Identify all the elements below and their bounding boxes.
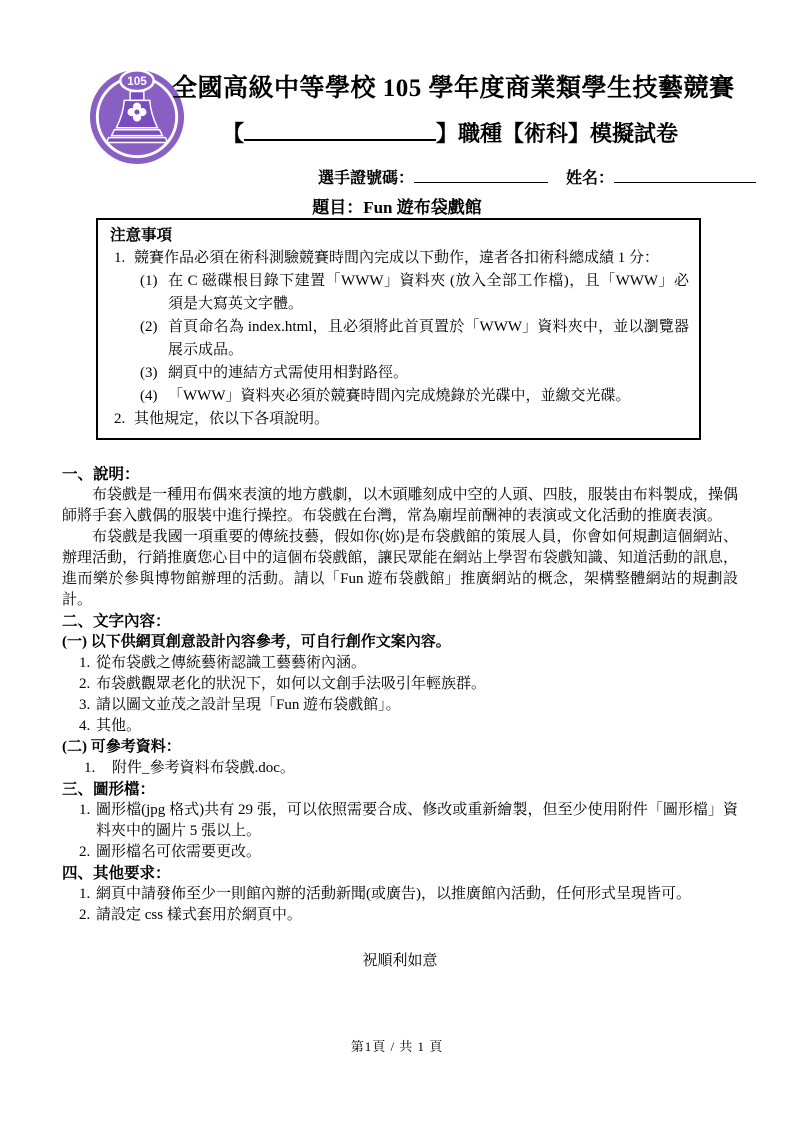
list-item-number: 2.: [79, 674, 90, 695]
section-3-heading: 三、圖形檔：: [62, 779, 738, 800]
notice-sub-item: (2) 首頁命名為 index.html，且必須將此首頁置於「WWW」資料夾中，…: [110, 316, 689, 362]
notice-sub-item: (4) 「WWW」資料夾必須於競賽時間內完成燒錄於光碟中，並繳交光碟。: [110, 385, 689, 408]
list-item: 1. 網頁中請發佈至少一則館內辦的活動新聞(或廣告)，以推廣館內活動，任何形式呈…: [62, 884, 738, 905]
name-label: 姓名：: [566, 170, 614, 187]
list-item: 4. 其他。: [62, 716, 738, 737]
section-4-heading: 四、其他要求：: [62, 863, 738, 884]
notice-item-text: 競賽作品必須在術科測驗競賽時間內完成以下動作，違者各扣術科總成績 1 分：: [134, 250, 659, 266]
notice-sub-item: (3) 網頁中的連結方式需使用相對路徑。: [110, 362, 689, 385]
contestant-info-row: 選手證號碼： 姓名：: [318, 165, 756, 188]
section-1-paragraph: 布袋戲是一種用布偶來表演的地方戲劇，以木頭雕刻成中空的人頭、四肢，服裝由布料製成…: [62, 485, 738, 527]
subtitle-open-bracket: 【: [222, 121, 244, 146]
list-item-text: 其他。: [96, 718, 141, 734]
notice-box: 注意事項 1. 競賽作品必須在術科測驗競賽時間內完成以下動作，違者各扣術科總成績…: [96, 218, 701, 440]
notice-item-number: 2.: [114, 408, 125, 431]
document-page: 105 全國高級中等學校 105 學年度商業類學生技藝競賽 【】職種【術科】模擬…: [0, 0, 794, 1123]
list-item-text: 網頁中請發佈至少一則館內辦的活動新聞(或廣告)，以推廣館內活動，任何形式呈現皆可…: [96, 886, 691, 902]
list-item: 3. 請以圖文並茂之設計呈現「Fun 遊布袋戲館」。: [62, 695, 738, 716]
list-item-number: 1.: [79, 800, 90, 821]
list-item: 1. 附件_參考資料布袋戲.doc。: [62, 758, 738, 779]
section-2-sub2-heading: (二) 可參考資料：: [62, 737, 738, 758]
notice-sub-text: 網頁中的連結方式需使用相對路徑。: [168, 365, 408, 381]
notice-sub-number: (4): [140, 385, 158, 408]
contestant-id-label: 選手證號碼：: [318, 170, 414, 187]
list-item: 2. 請設定 css 樣式套用於網頁中。: [62, 905, 738, 926]
list-item-number: 1.: [79, 884, 90, 905]
notice-sub-text: 在 C 磁碟根目錄下建置「WWW」資料夾 (放入全部工作檔)，且「WWW」必須是…: [168, 273, 689, 312]
list-item-text: 請以圖文並茂之設計呈現「Fun 遊布袋戲館」。: [96, 697, 401, 713]
page-title: 全國高級中等學校 105 學年度商業類學生技藝競賽: [172, 68, 728, 104]
subtitle-rest: 】職種【術科】模擬試卷: [436, 121, 678, 146]
list-item-number: 1.: [79, 653, 90, 674]
list-item-number: 1.: [84, 758, 95, 779]
svg-text:105: 105: [127, 75, 147, 88]
list-item: 1. 圖形檔(jpg 格式)共有 29 張，可以依照需要合成、修改或重新繪製，但…: [62, 800, 738, 842]
page-number-footer: 第1頁 / 共 1 頁: [0, 1036, 794, 1055]
notice-item: 1. 競賽作品必須在術科測驗競賽時間內完成以下動作，違者各扣術科總成績 1 分：: [110, 247, 689, 270]
list-item-text: 請設定 css 樣式套用於網頁中。: [96, 907, 302, 923]
list-item-text: 圖形檔(jpg 格式)共有 29 張，可以依照需要合成、修改或重新繪製，但至少使…: [96, 802, 738, 839]
notice-sub-number: (2): [140, 316, 158, 339]
section-1-heading: 一、說明：: [62, 464, 738, 485]
list-item-text: 從布袋戲之傳統藝術認識工藝藝術內涵。: [96, 655, 366, 671]
notice-sub-text: 「WWW」資料夾必須於競賽時間內完成燒錄於光碟中，並繳交光碟。: [168, 388, 630, 404]
attachment-file-reference: 附件_參考資料布袋戲.doc。: [112, 760, 295, 776]
list-item-number: 4.: [79, 716, 90, 737]
section-2-sub1-heading: (一) 以下供網頁創意設計內容參考，可自行創作文案內容。: [62, 632, 738, 653]
contestant-id-blank-line: [414, 166, 548, 183]
list-item: 2. 布袋戲觀眾老化的狀況下，如何以文創手法吸引年輕族群。: [62, 674, 738, 695]
section-1-paragraph: 布袋戲是我國一項重要的傳統技藝，假如你(妳)是布袋戲館的策展人員，你會如何規劃這…: [62, 527, 738, 611]
notice-title: 注意事項: [110, 224, 689, 247]
document-body: 一、說明： 布袋戲是一種用布偶來表演的地方戲劇，以木頭雕刻成中空的人頭、四肢，服…: [62, 464, 738, 972]
notice-item-number: 1.: [114, 247, 125, 270]
list-item-number: 3.: [79, 695, 90, 716]
notice-sub-text: 首頁命名為 index.html，且必須將此首頁置於「WWW」資料夾中，並以瀏覽…: [168, 319, 689, 358]
list-item-text: 圖形檔名可依需要更改。: [96, 844, 261, 860]
name-blank-line: [614, 166, 756, 183]
notice-sub-number: (1): [140, 270, 158, 293]
list-item: 2. 圖形檔名可依需要更改。: [62, 842, 738, 863]
notice-sub-number: (3): [140, 362, 158, 385]
notice-sub-item: (1) 在 C 磁碟根目錄下建置「WWW」資料夾 (放入全部工作檔)，且「WWW…: [110, 270, 689, 316]
notice-item-text: 其他規定，依以下各項說明。: [134, 411, 329, 427]
list-item-text: 布袋戲觀眾老化的狀況下，如何以文創手法吸引年輕族群。: [96, 676, 486, 692]
list-item-number: 2.: [79, 842, 90, 863]
closing-wish: 祝順利如意: [62, 951, 738, 972]
exam-topic: 題目：Fun 遊布袋戲館: [0, 193, 794, 218]
section-2-heading: 二、文字內容：: [62, 611, 738, 632]
page-subtitle: 【】職種【術科】模擬試卷: [172, 117, 728, 148]
notice-item: 2. 其他規定，依以下各項說明。: [110, 408, 689, 431]
list-item-number: 2.: [79, 905, 90, 926]
list-item: 1. 從布袋戲之傳統藝術認識工藝藝術內涵。: [62, 653, 738, 674]
job-type-blank-line: [244, 118, 436, 141]
header-title-block: 全國高級中等學校 105 學年度商業類學生技藝競賽 【】職種【術科】模擬試卷: [172, 68, 728, 148]
